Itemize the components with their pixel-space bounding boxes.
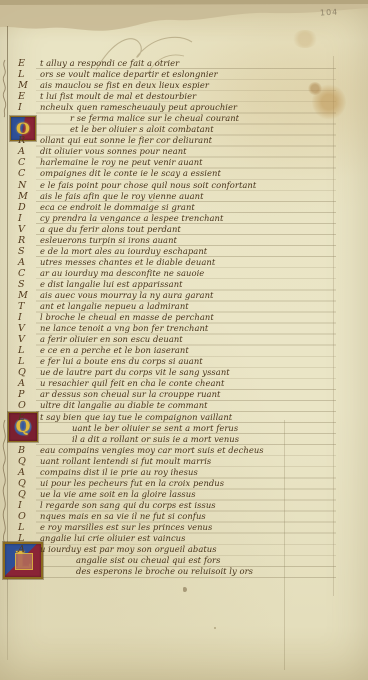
versal-letter: M xyxy=(14,191,40,202)
verse-text: e fer lui a boute ens du corps si auant xyxy=(40,356,203,367)
verse-text: esleuerons turpin si irons auant xyxy=(40,235,177,246)
parchment-stain xyxy=(292,30,318,48)
verse-line: Q uant rollant lentendi si fut moult mar… xyxy=(14,456,344,467)
verse-line: R ollant qui eut sonne le fier cor deliu… xyxy=(14,135,344,146)
verse-line: V ne lance tenoit a vng bon fer trenchan… xyxy=(14,323,344,334)
verse-line: L e ce en a perche et le bon iaserant xyxy=(14,345,344,356)
versal-letter: P xyxy=(14,389,40,400)
verse-line: O ultre dit langalie au diable te comman… xyxy=(14,400,344,411)
verse-text: u iourduy est par moy son orgueil abatus xyxy=(40,544,217,555)
versal-letter: C xyxy=(14,168,40,179)
verse-line: A utres messes chantes et le diable deua… xyxy=(14,257,344,268)
versal-letter: C xyxy=(14,268,40,279)
versal-letter: A xyxy=(14,378,40,389)
verse-text: u resachier quil feit en cha le conte ch… xyxy=(40,378,224,389)
verse-line: A u resachier quil feit en cha le conte … xyxy=(14,378,344,389)
verse-line: E t alluy a respondi ce fait a otrier xyxy=(14,58,344,69)
versal-letter: I xyxy=(14,500,40,511)
versal-letter: A xyxy=(14,467,40,478)
versal-letter: A xyxy=(14,544,40,555)
versal-letter: Q xyxy=(14,478,40,489)
verse-line: angalie sist ou cheual qui est fors xyxy=(14,555,344,566)
verse-line: E t lui fist moult de mal et destourbier xyxy=(14,91,344,102)
verse-line: r se ferma malice sur le cheual courant xyxy=(14,113,344,124)
verse-text: t alluy a respondi ce fait a otrier xyxy=(40,58,179,69)
verse-text: ais mauclou se fist en deux lieux espier xyxy=(40,80,209,91)
verse-text: uant rollant lentendi si fut moult marri… xyxy=(40,456,211,467)
verse-text: ar dessus son cheual sur la crouppe ruan… xyxy=(40,389,220,400)
versal-letter: C xyxy=(14,157,40,168)
verse-text: e ce en a perche et le bon iaserant xyxy=(40,345,189,356)
verse-line: M ais auec vous mourray la ny aura garan… xyxy=(14,290,344,301)
verse-line: T ant et langalie nepueu a ladmirant xyxy=(14,301,344,312)
verse-text: ue la vie ame soit en la gloire lassus xyxy=(40,489,196,500)
verse-text: e le fais point pour chose quil nous soi… xyxy=(40,180,256,191)
margin-annotation-scribble xyxy=(0,58,10,118)
verse-text: ui pour les pecheurs fut en la croix pen… xyxy=(40,478,224,489)
versal-letter: N xyxy=(14,180,40,191)
versal-letter: L xyxy=(14,356,40,367)
verse-text: dit oliuier vous sonnes pour neant xyxy=(40,146,187,157)
verse-text: ollant qui eut sonne le fier cor deliura… xyxy=(40,135,212,146)
verse-text: uant le ber oliuier se sent a mort ferus xyxy=(40,423,238,434)
verse-line: O nques mais en sa vie il ne fut si conf… xyxy=(14,511,344,522)
verse-line: V a ferir oliuier en son escu deuant xyxy=(14,334,344,345)
verse-line: A dit oliuier vous sonnes pour neant xyxy=(14,146,344,157)
verse-text: cy prendra la vengance a lespee trenchan… xyxy=(40,213,223,224)
versal-letter: M xyxy=(14,290,40,301)
verse-text: utres messes chantes et le diable deuant xyxy=(40,257,215,268)
verse-text: nques mais en sa vie il ne fut si confus xyxy=(40,511,206,522)
verse-line: V a que du ferir alons tout perdant xyxy=(14,224,344,235)
verse-line: P ar dessus son cheual sur la crouppe ru… xyxy=(14,389,344,400)
verse-line: C harlemaine le roy ne peut venir auant xyxy=(14,157,344,168)
verse-line: N e le fais point pour chose quil nous s… xyxy=(14,180,344,191)
verse-line: L angalie lui crie oliuier est vaincus xyxy=(14,533,344,544)
verse-line: E t say bien que iay tue le compaignon v… xyxy=(14,412,344,423)
verse-text: e roy marsilles est sur les princes venu… xyxy=(40,522,212,533)
verse-line: I l regarde son sang qui du corps est is… xyxy=(14,500,344,511)
verse-text: angalie sist ou cheual qui est fors xyxy=(40,555,220,566)
verse-line: S e de la mort ales au iourduy eschapant xyxy=(14,246,344,257)
verse-line: S e dist langalie lui est apparissant xyxy=(14,279,344,290)
verse-line: I l broche le cheual en masse de perchan… xyxy=(14,312,344,323)
verse-text: t lui fist moult de mal et destourbier xyxy=(40,91,196,102)
folio-number: 104 xyxy=(320,8,339,18)
verse-line: uant le ber oliuier se sent a mort ferus xyxy=(14,423,344,434)
verse-text: l broche le cheual en masse de perchant xyxy=(40,312,214,323)
verse-text: angalie lui crie oliuier est vaincus xyxy=(40,533,185,544)
verse-text: ne lance tenoit a vng bon fer trenchant xyxy=(40,323,208,334)
versal-letter: I xyxy=(14,213,40,224)
verse-line: M ais mauclou se fist en deux lieux espi… xyxy=(14,80,344,91)
versal-letter: S xyxy=(14,246,40,257)
versal-letter: I xyxy=(14,102,40,113)
verse-text: ais auec vous mourray la ny aura garant xyxy=(40,290,213,301)
verse-line: M ais le fais afin que le roy vienne aua… xyxy=(14,191,344,202)
verse-text: ais le fais afin que le roy vienne auant xyxy=(40,191,204,202)
verse-line: et le ber oliuier s aloit combatant xyxy=(14,124,344,135)
versal-letter: Q xyxy=(14,489,40,500)
verse-line: des esperons le broche ou reluisoit ly o… xyxy=(14,566,344,577)
page-top-edge xyxy=(0,0,368,44)
versal-letter: Q xyxy=(14,367,40,378)
verse-line: R esleuerons turpin si irons auant xyxy=(14,235,344,246)
verse-text: ant et langalie nepueu a ladmirant xyxy=(40,301,189,312)
verse-text: ors se voult malice departir et eslongni… xyxy=(40,69,218,80)
verse-line: I cy prendra la vengance a lespee trench… xyxy=(14,213,344,224)
versal-letter: O xyxy=(14,511,40,522)
versal-letter: R xyxy=(14,235,40,246)
verse-text: r se ferma malice sur le cheual courant xyxy=(40,113,239,124)
verse-text: l regarde son sang qui du corps est issu… xyxy=(40,500,216,511)
verse-line: A compains dist il ie prie au roy ihesus xyxy=(14,467,344,478)
verse-text: ue de lautre part du corps vit le sang y… xyxy=(40,367,230,378)
verse-line: B eau compains vengies moy car mort suis… xyxy=(14,445,344,456)
verse-line: L e roy marsilles est sur les princes ve… xyxy=(14,522,344,533)
verse-text: eca ce endroit le dommaige si grant xyxy=(40,202,195,213)
verse-line: L e fer lui a boute ens du corps si auan… xyxy=(14,356,344,367)
verse-text: ultre dit langalie au diable te commant xyxy=(40,400,208,411)
verse-text: e dist langalie lui est apparissant xyxy=(40,279,183,290)
versal-letter: E xyxy=(14,91,40,102)
versal-letter: S xyxy=(14,279,40,290)
verse-line: Q ue la vie ame soit en la gloire lassus xyxy=(14,489,344,500)
versal-letter: E xyxy=(14,412,40,423)
versal-letter: L xyxy=(14,69,40,80)
verse-text: eau compains vengies moy car mort suis e… xyxy=(40,445,264,456)
versal-letter: A xyxy=(14,257,40,268)
versal-letter: D xyxy=(14,202,40,213)
versal-letter: Q xyxy=(14,456,40,467)
verse-text: ar au iourduy ma desconfite ne sauoie xyxy=(40,268,204,279)
verse-line: I ncheulx quen ramescheuauly peut aprouc… xyxy=(14,102,344,113)
versal-letter: L xyxy=(14,345,40,356)
verse-text: t say bien que iay tue le compaignon vai… xyxy=(40,412,232,423)
verse-text: e de la mort ales au iourduy eschapant xyxy=(40,246,207,257)
verse-text: il a dit a rollant or suis ie a mort ven… xyxy=(40,434,239,445)
versal-letter: B xyxy=(14,445,40,456)
versal-letter: M xyxy=(14,80,40,91)
versal-letter: O xyxy=(14,400,40,411)
versal-letter: L xyxy=(14,533,40,544)
verse-text: compains dist il ie prie au roy ihesus xyxy=(40,467,198,478)
manuscript-page: 104 O Q L E t alluy a respondi ce fait a… xyxy=(0,0,368,680)
verse-text: a que du ferir alons tout perdant xyxy=(40,224,181,235)
verse-line: A u iourduy est par moy son orgueil abat… xyxy=(14,544,344,555)
verse-text: ompaignes dit le conte ie le scay a essi… xyxy=(40,168,221,179)
verse-line: C ar au iourduy ma desconfite ne sauoie xyxy=(14,268,344,279)
versal-letter: R xyxy=(14,135,40,146)
versal-letter: V xyxy=(14,224,40,235)
verse-line: Q ui pour les pecheurs fut en la croix p… xyxy=(14,478,344,489)
versal-letter: A xyxy=(14,146,40,157)
ink-speck xyxy=(214,627,216,629)
verse-line: D eca ce endroit le dommaige si grant xyxy=(14,202,344,213)
text-block: E t alluy a respondi ce fait a otrier L … xyxy=(14,58,344,577)
versal-letter: V xyxy=(14,334,40,345)
verse-line: Q ue de lautre part du corps vit le sang… xyxy=(14,367,344,378)
verse-text: des esperons le broche ou reluisoit ly o… xyxy=(40,566,253,577)
versal-letter: E xyxy=(14,58,40,69)
versal-letter: V xyxy=(14,323,40,334)
verse-text: a ferir oliuier en son escu deuant xyxy=(40,334,183,345)
verse-line: il a dit a rollant or suis ie a mort ven… xyxy=(14,434,344,445)
versal-letter: I xyxy=(14,312,40,323)
ink-speck xyxy=(183,587,187,592)
versal-letter: T xyxy=(14,301,40,312)
versal-letter: L xyxy=(14,522,40,533)
verse-text: ncheulx quen ramescheuauly peut aprouchi… xyxy=(40,102,237,113)
verse-text: et le ber oliuier s aloit combatant xyxy=(40,124,214,135)
verse-line: C ompaignes dit le conte ie le scay a es… xyxy=(14,168,344,179)
verse-line: L ors se voult malice departir et eslong… xyxy=(14,69,344,80)
verse-text: harlemaine le roy ne peut venir auant xyxy=(40,157,203,168)
